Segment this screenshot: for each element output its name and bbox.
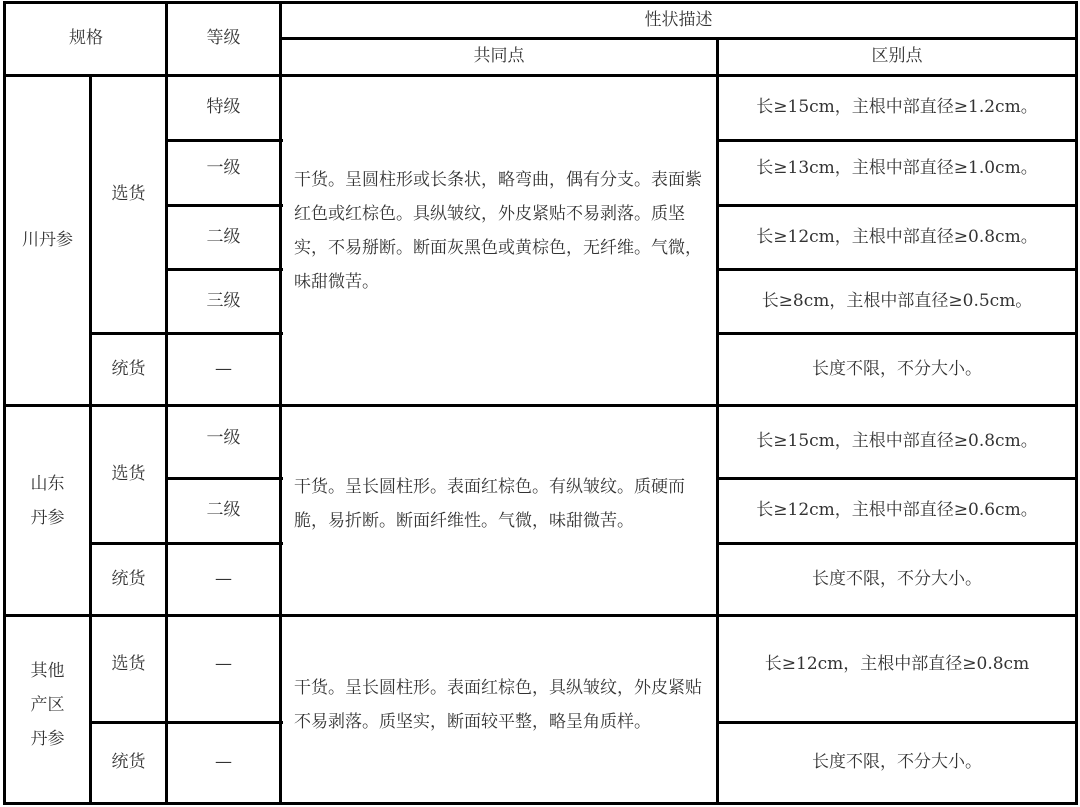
type-cell: 统货 (92, 724, 165, 802)
border-right (1075, 1, 1078, 805)
grading-table: 规格 等级 性状描述 共同点 区别点 川丹参 选货 统货 特级 一级 二级 三级… (0, 0, 1080, 807)
type-cell: 选货 (92, 77, 165, 332)
grade-cell: 一级 (168, 407, 279, 477)
type-cell: 选货 (92, 407, 165, 542)
spec-cell: 其他 产区 丹参 (6, 617, 89, 802)
grade-cell: — (168, 335, 279, 404)
type-cell: 选货 (92, 617, 165, 721)
header-grade: 等级 (168, 4, 279, 74)
grade-cell: — (168, 724, 279, 802)
grade-cell: — (168, 617, 279, 721)
header-description: 性状描述 (282, 4, 1075, 37)
spec-line: 山东 (31, 467, 65, 501)
spec-line: 丹参 (31, 722, 65, 756)
grade-cell: 一级 (168, 142, 279, 204)
common-description: 干货。呈圆柱形或长条状，略弯曲，偶有分支。表面紫红色或红棕色。具纵皱纹，外皮紧贴… (282, 77, 716, 404)
spec-line: 产区 (31, 688, 65, 722)
spec-line: 其他 (31, 654, 65, 688)
difference-cell: 长≥13cm，主根中部直径≥1.0cm。 (719, 142, 1075, 204)
spec-line: 丹参 (31, 501, 65, 535)
spec-cell: 山东 丹参 (6, 407, 89, 614)
header-common: 共同点 (282, 40, 716, 74)
common-description: 干货。呈长圆柱形。表面红棕色。有纵皱纹。质硬而脆，易折断。断面纤维性。气微，味甜… (282, 407, 716, 614)
common-description: 干货。呈长圆柱形。表面红棕色，具纵皱纹，外皮紧贴不易剥落。质坚实，断面较平整，略… (282, 617, 716, 802)
header-spec: 规格 (6, 4, 166, 74)
difference-cell: 长≥8cm，主根中部直径≥0.5cm。 (719, 271, 1075, 332)
grade-cell: 二级 (168, 207, 279, 268)
difference-cell: 长≥12cm，主根中部直径≥0.6cm。 (719, 480, 1075, 542)
difference-cell: 长≥15cm，主根中部直径≥1.2cm。 (719, 77, 1075, 139)
grade-cell: 三级 (168, 271, 279, 332)
grade-cell: — (168, 545, 279, 614)
difference-cell: 长≥12cm，主根中部直径≥0.8cm (719, 617, 1075, 721)
spec-cell: 川丹参 (6, 77, 89, 404)
header-difference: 区别点 (719, 40, 1075, 74)
difference-cell: 长≥12cm，主根中部直径≥0.8cm。 (719, 207, 1075, 268)
grade-cell: 二级 (168, 480, 279, 542)
type-cell: 统货 (92, 545, 165, 614)
grade-cell: 特级 (168, 77, 279, 139)
difference-cell: 长≥15cm，主根中部直径≥0.8cm。 (719, 407, 1075, 477)
difference-cell: 长度不限，不分大小。 (719, 724, 1075, 802)
difference-cell: 长度不限，不分大小。 (719, 335, 1075, 404)
difference-cell: 长度不限，不分大小。 (719, 545, 1075, 614)
type-cell: 统货 (92, 335, 165, 404)
